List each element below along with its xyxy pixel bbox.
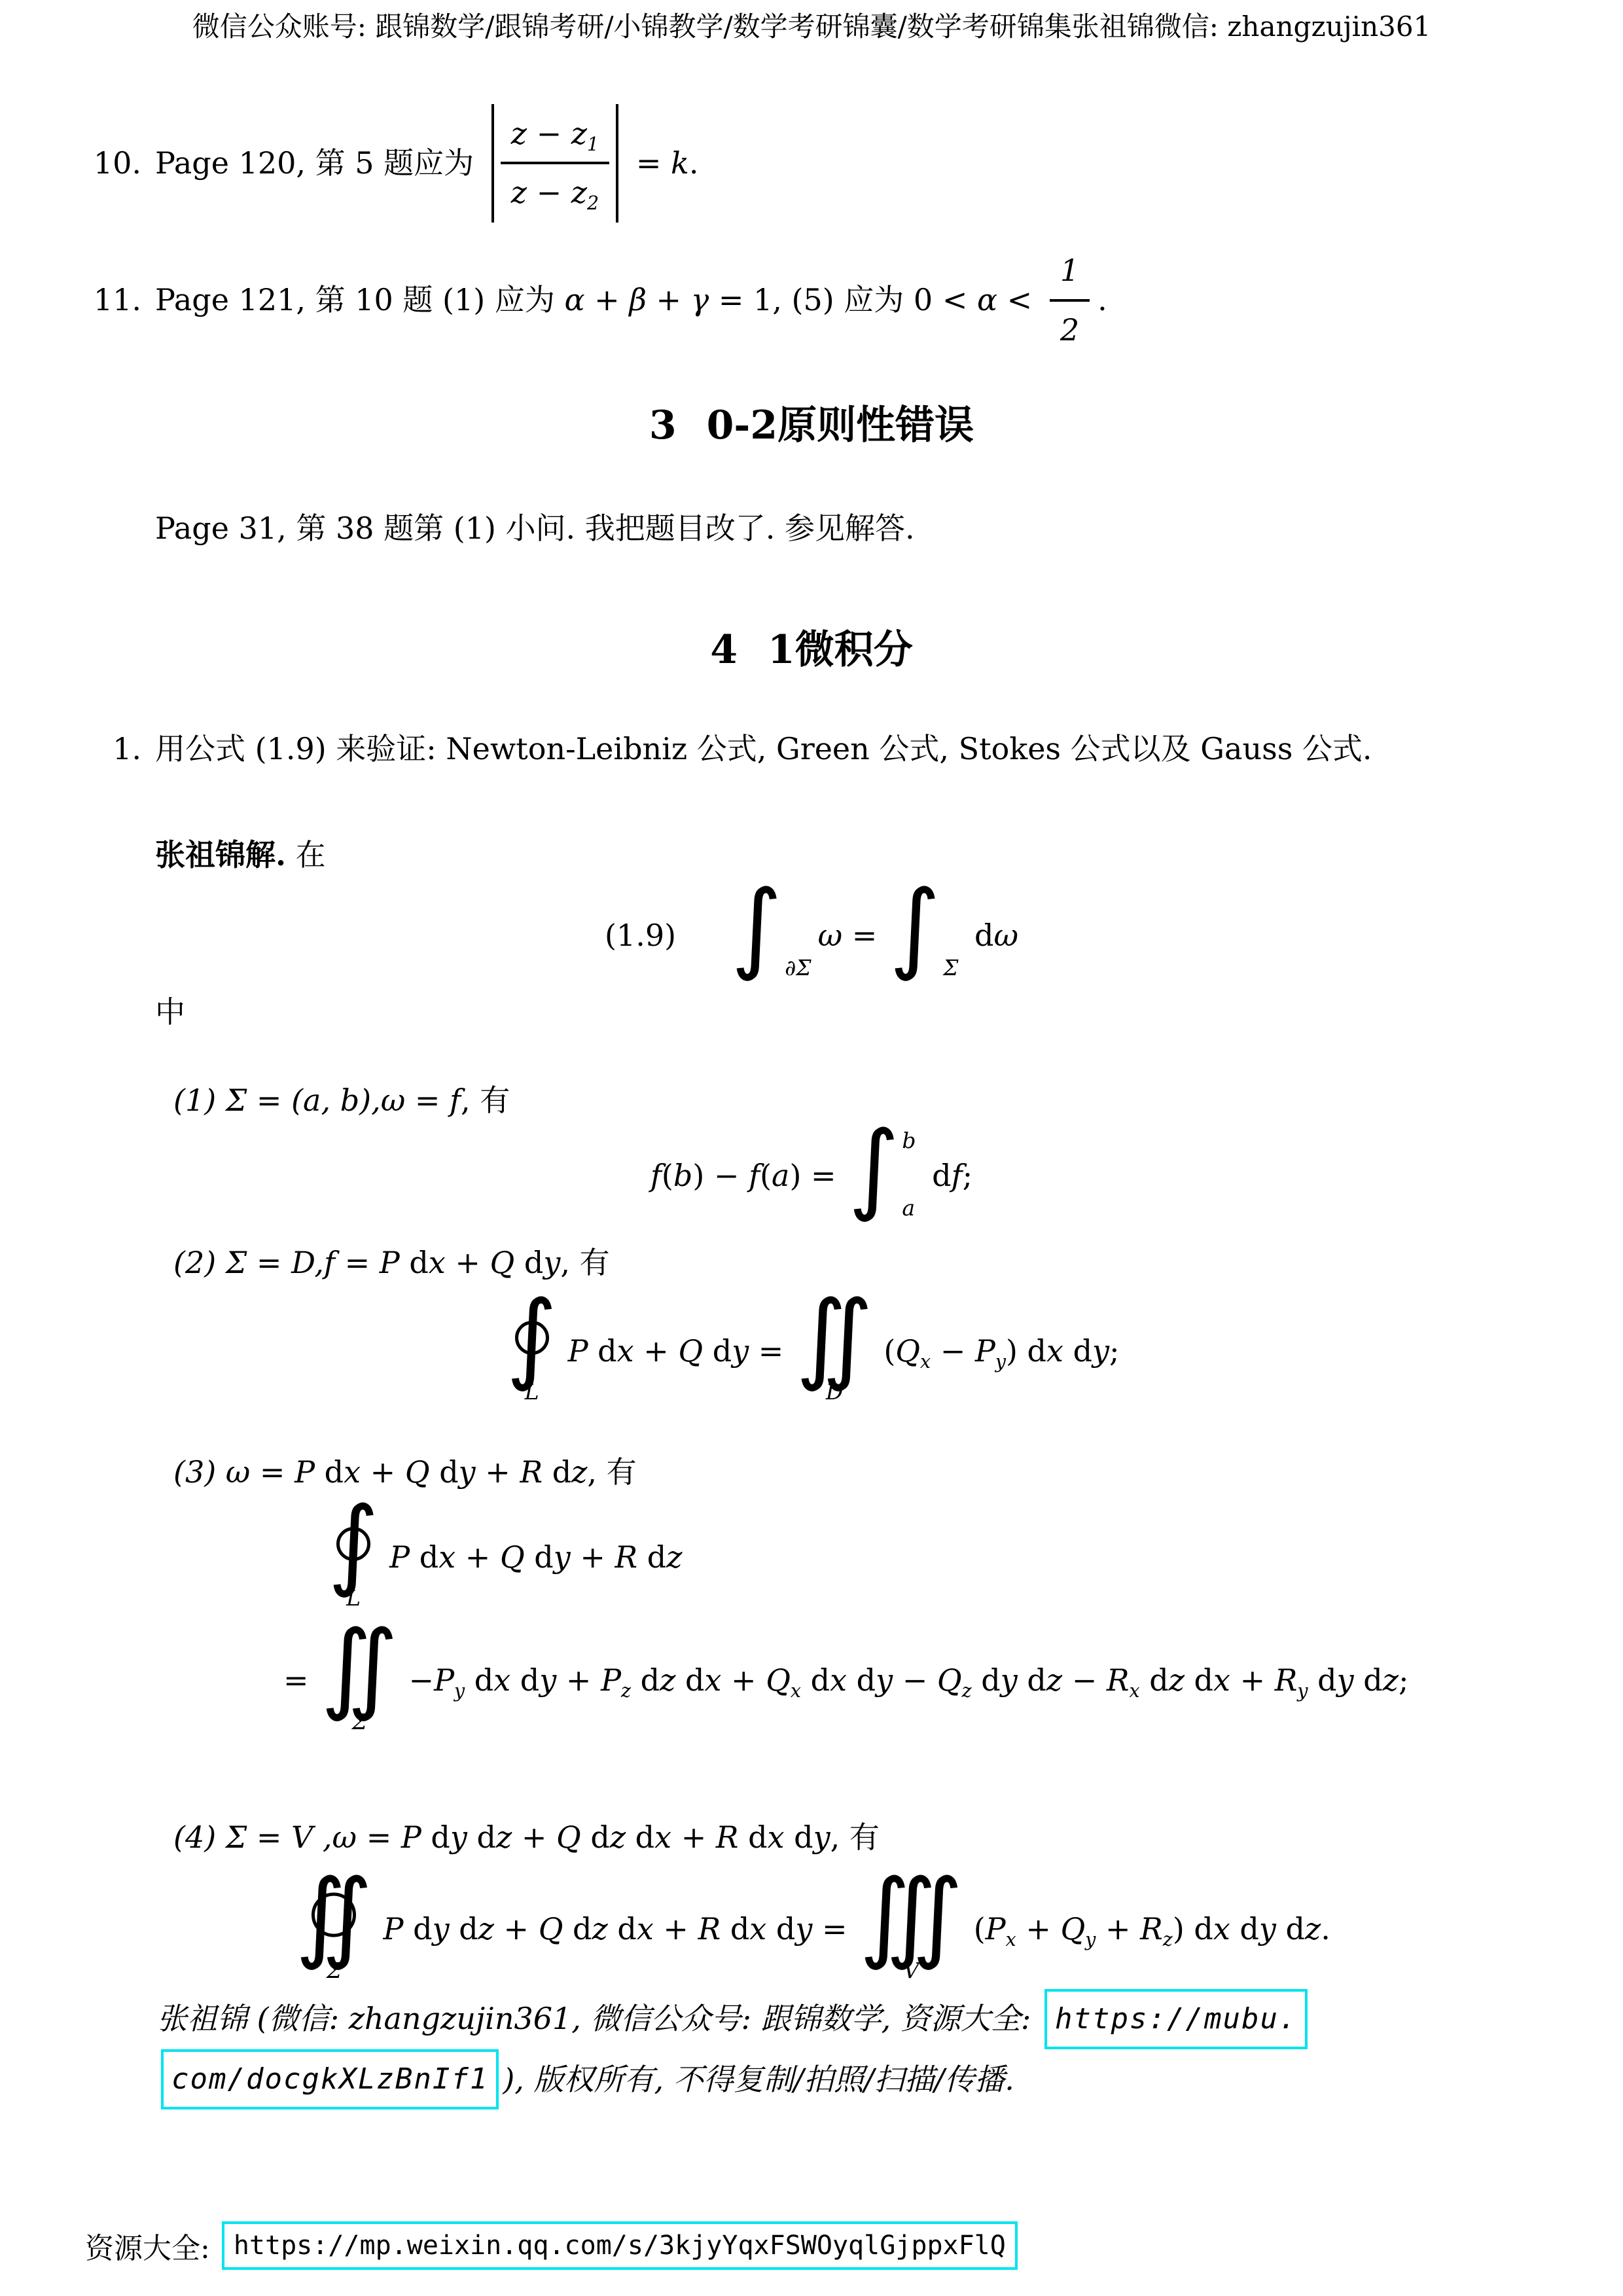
math-text: + xyxy=(512,1816,556,1859)
integral-limits: ba xyxy=(902,1128,916,1225)
math-italic: γ xyxy=(691,278,709,322)
math-italic: x xyxy=(1213,1664,1230,1697)
equation-stokes-line-1: ∫LP dx + Q dy + R dz xyxy=(325,1503,1538,1610)
math-text: d xyxy=(563,1912,592,1946)
equation-newton-leibniz: f(b) − f(a) = ∫ba df; xyxy=(85,1128,1538,1225)
closed-contour-ring xyxy=(312,1893,356,1937)
math-text: − xyxy=(931,1335,975,1368)
math-italic: R xyxy=(520,1450,543,1494)
math-italic: ω xyxy=(994,919,1019,952)
math-text: d xyxy=(404,1912,433,1946)
math-text: d xyxy=(637,1541,666,1574)
math-italic: Q xyxy=(500,1541,525,1574)
math-text: . xyxy=(1097,278,1107,322)
math-text: + xyxy=(647,278,691,322)
operator-glyph: ∫ xyxy=(506,1297,557,1378)
equation-body: ∫∂Σω = ∫Σ dω xyxy=(728,887,1018,984)
math-italic: b xyxy=(673,1159,692,1193)
math-text: − xyxy=(1062,1664,1107,1697)
math-italic: x xyxy=(438,1541,455,1574)
integral-upper: b xyxy=(902,1129,916,1153)
math-text: d xyxy=(1230,1912,1259,1946)
math-italic: R xyxy=(716,1816,739,1859)
operator-glyph: ∬ xyxy=(295,1876,372,1956)
math-text: d xyxy=(801,1664,830,1697)
math-italic: x xyxy=(704,1664,721,1697)
math-text: d xyxy=(525,1541,554,1574)
integral-lower: Σ xyxy=(943,956,958,980)
equation-stokes-line-2: = ∬Σ−Py dx dy + Pz dz dx + Qx dx dy − Qz… xyxy=(283,1627,1538,1734)
math-text: ; xyxy=(963,1159,973,1193)
math-italic: Qx xyxy=(766,1664,801,1697)
solver-label: 张祖锦解. xyxy=(155,837,286,872)
closed-contour-ring xyxy=(336,1527,370,1561)
math-text: d xyxy=(972,1664,1001,1697)
math-text xyxy=(1032,278,1042,322)
math-italic: Py xyxy=(434,1664,465,1697)
math-text: ( xyxy=(760,1159,772,1193)
math-text: ( xyxy=(883,1335,895,1368)
math-text: + xyxy=(721,1664,766,1697)
resource-link[interactable]: https://mp.weixin.qq.com/s/3kjyYqxFSWOyq… xyxy=(222,2221,1018,2270)
math-italic: x xyxy=(768,1816,785,1859)
math-italic: (4) Σ = V ,ω = P xyxy=(173,1816,421,1859)
math-italic: R xyxy=(615,1541,638,1574)
closed-contour-ring xyxy=(515,1321,549,1355)
math-text: d xyxy=(588,1335,617,1368)
math-text: , 有 xyxy=(560,1241,609,1285)
math-text: + xyxy=(585,278,630,322)
math-text: Page 120, 第 5 题应为 xyxy=(155,141,484,185)
integral-lower: a xyxy=(902,1196,916,1220)
math-italic: y xyxy=(1259,1912,1276,1946)
math-text: d xyxy=(847,1664,876,1697)
equation-gauss: ∬ΣP dy dz + Q dz dx + R dx dy = ∭V(Px + … xyxy=(85,1876,1538,1982)
math-text: , 有 xyxy=(587,1450,636,1494)
math-text: d xyxy=(1140,1664,1169,1697)
math-text: ) = xyxy=(789,1159,846,1193)
section-heading-4: 4 1微积分 xyxy=(85,626,1538,675)
math-text: ; xyxy=(1109,1335,1120,1368)
math-text: d xyxy=(703,1335,732,1368)
equation-1-9: (1.9) ∫∂Σω = ∫Σ dω xyxy=(85,887,1538,984)
math-italic: (3) ω = P xyxy=(173,1450,315,1494)
math-italic: ), 版权所有, 不得复制/拍照/扫描/传播. xyxy=(503,2056,1014,2103)
math-italic: y xyxy=(1001,1664,1018,1697)
math-text: d xyxy=(400,1241,429,1285)
math-italic: y xyxy=(433,1912,450,1946)
integral-lower: ∂Σ xyxy=(785,956,811,980)
math-text: d xyxy=(608,1912,637,1946)
math-text: + xyxy=(571,1541,615,1574)
math-text: d xyxy=(721,1912,749,1946)
resource-line: 资源大全: https://mp.weixin.qq.com/s/3kjyYqx… xyxy=(85,2221,1538,2270)
solution-lead: 张祖锦解. 在 xyxy=(155,833,1538,877)
math-italic: y xyxy=(554,1541,571,1574)
math-italic: z xyxy=(610,1816,626,1859)
math-italic: z xyxy=(496,1816,512,1859)
big-operator: ∫L xyxy=(328,1503,379,1610)
math-italic: R xyxy=(698,1912,721,1946)
item-number: 1. xyxy=(85,727,141,771)
math-text: d xyxy=(923,1159,952,1193)
math-text: d xyxy=(1308,1664,1337,1697)
math-text: = xyxy=(812,1912,857,1946)
math-italic: Qz xyxy=(937,1664,972,1697)
math-text: + xyxy=(455,1541,500,1574)
item-number: 11. xyxy=(85,278,141,322)
math-text: + xyxy=(634,1335,679,1368)
math-text: d xyxy=(1185,1664,1213,1697)
math-text: d xyxy=(1018,1664,1046,1697)
math-text: d xyxy=(410,1541,438,1574)
big-operator: ∫L xyxy=(506,1297,557,1404)
operator-glyph: ∬ xyxy=(796,1297,873,1378)
copyright-line-1: 张祖锦 (微信: zhangzujin361, 微信公众号: 跟锦数学, 资源大… xyxy=(157,1989,1538,2049)
math-italic: x xyxy=(654,1816,671,1859)
math-italic: Q xyxy=(556,1816,581,1859)
math-italic: x xyxy=(1046,1335,1063,1368)
case-2-head: (2) Σ = D,f = P dx + Q dy, 有 xyxy=(173,1241,1538,1285)
math-text: d xyxy=(965,919,993,952)
math-text: . xyxy=(689,141,699,185)
math-italic: (2) Σ = D,f = P xyxy=(173,1241,400,1285)
math-text: = 1, (5) 应为 0 xyxy=(709,278,942,322)
math-italic: Q xyxy=(405,1450,430,1494)
errata-item-10: 10. Page 120, 第 5 题应为 z − z1z − z2 = k. xyxy=(85,104,1538,223)
math-italic: x xyxy=(493,1664,510,1697)
math-text: + xyxy=(1230,1664,1275,1697)
math-text: d xyxy=(421,1816,450,1859)
integral-operator: ∫ba xyxy=(848,1128,916,1225)
equation-green: ∫LP dx + Q dy = ∬D(Qx − Py) dx dy; xyxy=(85,1297,1538,1404)
solution-lead-text: 在 xyxy=(286,837,326,872)
math-italic: k xyxy=(671,141,689,185)
math-italic: P xyxy=(383,1912,404,1946)
math-italic: Q xyxy=(539,1912,563,1946)
integral-limits: ∂Σ xyxy=(785,887,811,984)
case-4-head: (4) Σ = V ,ω = P dy dz + Q dz dx + R dx … xyxy=(173,1816,1538,1859)
math-italic: y xyxy=(539,1664,556,1697)
section-title: 0-2原则性错误 xyxy=(707,401,974,450)
math-text: + xyxy=(671,1816,716,1859)
math-italic: Rz xyxy=(1140,1912,1173,1946)
operator-glyph: ∭ xyxy=(859,1876,963,1956)
math-italic: y xyxy=(732,1335,749,1368)
copyright-notice: 张祖锦 (微信: zhangzujin361, 微信公众号: 跟锦数学, 资源大… xyxy=(157,1989,1538,2109)
big-operator: ∬D xyxy=(796,1297,873,1404)
math-italic: z xyxy=(592,1912,608,1946)
math-italic: Rx xyxy=(1107,1664,1140,1697)
math-italic: Px xyxy=(986,1912,1016,1946)
section-number: 4 xyxy=(710,626,738,675)
math-text: d xyxy=(450,1912,478,1946)
math-text: + xyxy=(1016,1912,1061,1946)
math-text: d xyxy=(631,1664,660,1697)
math-italic: P xyxy=(389,1541,410,1574)
math-italic: x xyxy=(637,1912,654,1946)
math-italic: (1) Σ = (a, b),ω = f xyxy=(173,1079,461,1122)
integral-operator: ∫Σ xyxy=(889,887,959,984)
math-text: d xyxy=(1276,1912,1305,1946)
fraction-denominator: 2 xyxy=(1050,302,1090,355)
section3-paragraph: Page 31, 第 38 题第 (1) 小问. 我把题目改了. 参见解答. xyxy=(155,507,1538,550)
math-text: d xyxy=(1354,1664,1383,1697)
math-text: d xyxy=(514,1241,543,1285)
document-page: 微信公众账号: 跟锦数学/跟锦考研/小锦教学/数学考研锦囊/数学考研锦集张祖锦微… xyxy=(0,0,1623,2296)
math-italic: y xyxy=(1092,1335,1109,1368)
math-text: d xyxy=(465,1664,493,1697)
math-italic: y xyxy=(1337,1664,1354,1697)
abs-fraction: z − z1z − z2 xyxy=(491,104,618,223)
math-text: ) d xyxy=(1006,1335,1046,1368)
fraction-numerator: z − z1 xyxy=(501,109,609,165)
math-text: , 有 xyxy=(461,1079,510,1122)
math-italic: α xyxy=(564,278,584,322)
math-text: Page 121, 第 10 题 (1) 应为 xyxy=(155,278,564,322)
fraction-numerator: 1 xyxy=(1050,246,1090,302)
hyperlink-box[interactable]: https://mubu. xyxy=(1044,1989,1308,2049)
math-italic: f xyxy=(952,1159,963,1193)
big-operator: ∭V xyxy=(859,1876,963,1982)
math-italic: a xyxy=(772,1159,789,1193)
math-text: − xyxy=(409,1664,435,1697)
math-italic: z xyxy=(660,1664,675,1697)
resource-label: 资源大全: xyxy=(85,2225,210,2267)
equation-tag: (1.9) xyxy=(605,919,676,952)
integral-glyph: ∫ xyxy=(848,1128,899,1225)
math-text: d xyxy=(739,1816,768,1859)
math-italic: y xyxy=(876,1664,893,1697)
math-text: ) d xyxy=(1173,1912,1213,1946)
section-heading-3: 3 0-2原则性错误 xyxy=(85,401,1538,450)
math-text: + xyxy=(556,1664,601,1697)
operator-glyph: ∬ xyxy=(321,1627,398,1708)
math-italic: z xyxy=(1046,1664,1062,1697)
problem-text: 用公式 (1.9) 来验证: Newton-Leibniz 公式, Green … xyxy=(155,727,1538,771)
math-text: + xyxy=(446,1241,490,1285)
math-italic: ω xyxy=(818,919,843,952)
math-text: + xyxy=(654,1912,698,1946)
errata-item-11: 11. Page 121, 第 10 题 (1) 应为 α + β + γ = … xyxy=(85,246,1538,354)
math-text: d xyxy=(785,1816,813,1859)
math-text: = xyxy=(283,1664,318,1697)
math-italic: z xyxy=(1305,1912,1321,1946)
math-text: ( xyxy=(974,1912,986,1946)
math-text: d xyxy=(430,1450,459,1494)
math-italic: y xyxy=(813,1816,830,1859)
page-header: 微信公众账号: 跟锦数学/跟锦考研/小锦教学/数学考研锦囊/数学考研锦集张祖锦微… xyxy=(85,9,1538,45)
math-italic: Q xyxy=(678,1335,703,1368)
math-italic: Qx xyxy=(895,1335,931,1368)
item-content: Page 121, 第 10 题 (1) 应为 α + β + γ = 1, (… xyxy=(155,246,1538,354)
math-text: . xyxy=(1321,1912,1330,1946)
fraction-denominator: z − z2 xyxy=(501,164,609,217)
math-text: ) − xyxy=(692,1159,749,1193)
math-italic: x xyxy=(749,1912,766,1946)
math-italic: f xyxy=(749,1159,760,1193)
math-italic: y xyxy=(543,1241,560,1285)
math-italic: y xyxy=(795,1912,812,1946)
copyright-line-2: com/docgkXLzBnIf1), 版权所有, 不得复制/拍照/扫描/传播. xyxy=(157,2049,1538,2109)
math-italic: z xyxy=(478,1912,494,1946)
math-text: = xyxy=(842,919,887,952)
math-text: d xyxy=(766,1912,795,1946)
math-italic: < α < xyxy=(942,278,1032,322)
math-text: d xyxy=(510,1664,539,1697)
math-italic: z xyxy=(666,1541,682,1574)
math-italic: Py xyxy=(975,1335,1006,1368)
math-text: d xyxy=(626,1816,654,1859)
math-text: + xyxy=(476,1450,520,1494)
math-italic: Qy xyxy=(1061,1912,1096,1946)
math-italic: y xyxy=(450,1816,467,1859)
math-text: d xyxy=(467,1816,496,1859)
math-text: − xyxy=(893,1664,937,1697)
big-operator: ∬Σ xyxy=(295,1876,372,1982)
math-text: + xyxy=(494,1912,539,1946)
fraction: 12 xyxy=(1050,246,1090,354)
hyperlink-box[interactable]: com/docgkXLzBnIf1 xyxy=(161,2049,499,2109)
math-italic: z xyxy=(1383,1664,1399,1697)
section-title: 1微积分 xyxy=(768,626,913,675)
math-italic: Pz xyxy=(601,1664,631,1697)
math-text: + xyxy=(1096,1912,1140,1946)
integral-glyph: ∫ xyxy=(889,887,940,984)
math-text: d xyxy=(581,1816,610,1859)
integral-limits: Σ xyxy=(943,887,958,984)
math-italic: Ry xyxy=(1275,1664,1308,1697)
math-italic: z xyxy=(571,1450,587,1494)
section-number: 3 xyxy=(649,401,677,450)
math-text: d xyxy=(543,1450,571,1494)
math-italic: x xyxy=(830,1664,847,1697)
math-italic: z xyxy=(1169,1664,1185,1697)
math-italic: y xyxy=(459,1450,476,1494)
math-text: , 有 xyxy=(830,1816,880,1859)
integral-operator: ∫∂Σ xyxy=(731,887,811,984)
integral-glyph: ∫ xyxy=(731,887,782,984)
item-number: 10. xyxy=(85,141,141,185)
math-text: = xyxy=(626,141,671,185)
math-text: ( xyxy=(662,1159,673,1193)
operator-glyph: ∫ xyxy=(328,1503,379,1584)
math-italic: x xyxy=(429,1241,446,1285)
math-italic: P xyxy=(568,1335,588,1368)
math-text: = xyxy=(749,1335,793,1368)
math-text: d xyxy=(675,1664,704,1697)
math-italic: f xyxy=(651,1159,662,1193)
item-content: Page 120, 第 5 题应为 z − z1z − z2 = k. xyxy=(155,104,1538,223)
problem-item-1: 1. 用公式 (1.9) 来验证: Newton-Leibniz 公式, Gre… xyxy=(85,727,1538,771)
big-operator: ∬Σ xyxy=(321,1627,398,1734)
math-text: ; xyxy=(1399,1664,1409,1697)
math-italic: 张祖锦 (微信: zhangzujin361, 微信公众号: 跟锦数学, 资源大… xyxy=(157,1996,1041,2042)
math-italic: Q xyxy=(490,1241,515,1285)
math-italic: x xyxy=(617,1335,634,1368)
solution-middle-text: 中 xyxy=(155,990,1538,1034)
math-italic: β xyxy=(629,278,647,322)
math-italic: x xyxy=(1213,1912,1230,1946)
math-text: d xyxy=(1063,1335,1092,1368)
